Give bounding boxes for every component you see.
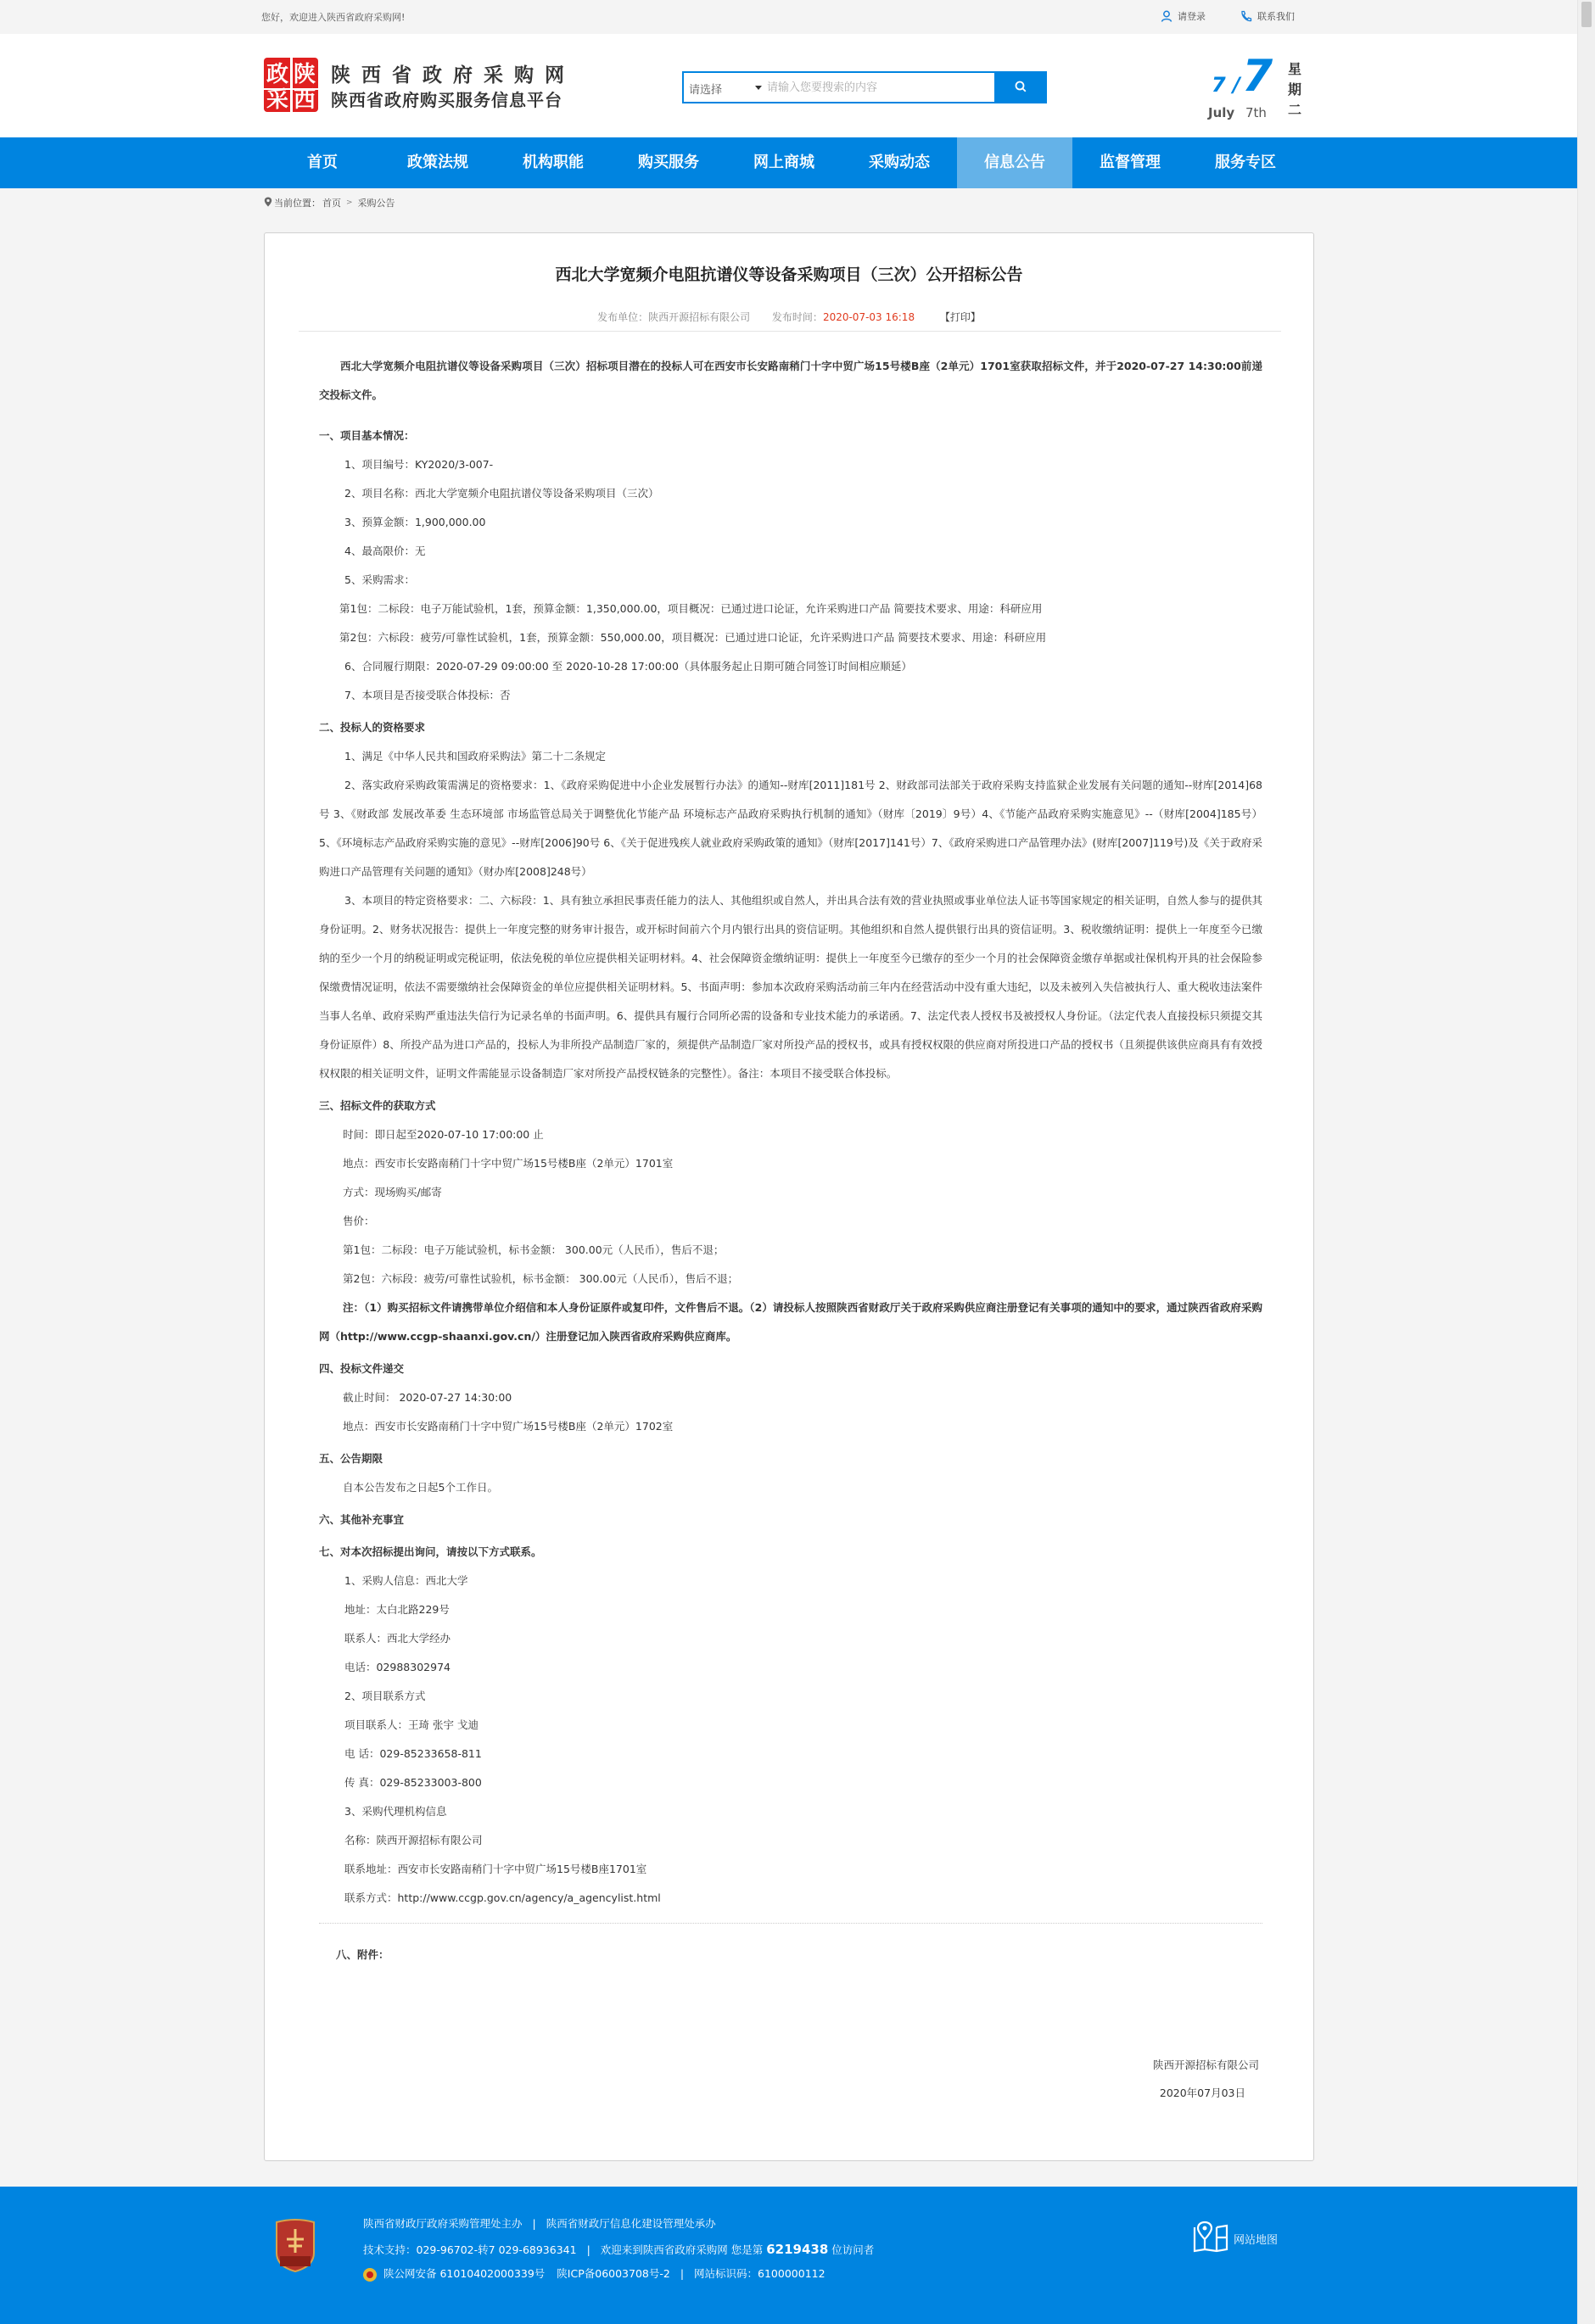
breadcrumb: 当前位置： 首页 > 采购公告 [264,196,395,209]
icp-record[interactable]: 陕ICP备06003708号-2 [557,2267,670,2280]
map-icon [1193,2221,1228,2256]
footer-tech-support: 技术支持：029-96702-转7 029-68936341 [363,2243,577,2256]
vertical-scrollbar[interactable] [1577,0,1595,2324]
public-security-record[interactable]: 陕公网安备 61010402000339号 [383,2267,545,2280]
footer-separator: | [680,2267,684,2280]
package-item: 第2包：六标段：疲劳/可靠性试验机，1套，预算金额：550,000.00，项目概… [339,623,1262,652]
weekday: 星 期 二 [1286,59,1303,120]
print-button[interactable]: 【打印】 [940,311,981,323]
publisher-label: 发布单位： [597,311,648,323]
section-heading: 二、投标人的资格要求 [319,713,1262,742]
section-heading: 七、对本次招标提出询问，请按以下方式联系。 [319,1538,1262,1567]
contact-label: 联系我们 [1257,9,1295,23]
footer-separator: | [533,2217,536,2230]
list-item: 5、采购需求： [344,566,1262,595]
section-heading: 一、项目基本情况： [319,422,1262,450]
logo-char: 陕 [293,63,316,87]
nav-item[interactable]: 机构职能 [495,137,611,188]
contact-link[interactable]: 联系我们 [1240,9,1295,23]
search-box: 请选择 [682,71,1047,103]
footer-line-2: 技术支持：029-96702-转7 029-68936341 | 欢迎来到陕西省… [363,2242,874,2257]
qualification-1: 1、满足《中华人民共和国政府采购法》第二十二条规定 [319,742,1262,771]
list-item: 7、本项目是否接受联合体投标：否 [344,681,1262,710]
site-title: 陕西省政府采购网 [331,59,575,87]
location-pin-icon [264,197,272,209]
footer-operator: 陕西省财政厅信息化建设管理处承办 [546,2217,716,2230]
publisher: 陕西开源招标有限公司 [648,311,750,323]
list-item: 时间：即日起至2020-07-10 17:00:00 止 [343,1120,1262,1149]
nav-item[interactable]: 购买服务 [611,137,726,188]
nav-item[interactable]: 监督管理 [1072,137,1188,188]
attachments-heading: 八、附件： [319,1941,1262,1969]
login-label: 请登录 [1178,9,1206,23]
login-link[interactable]: 请登录 [1161,9,1206,23]
site-logo[interactable]: 政 陕 采 西 [264,58,318,112]
contact-line: 项目联系人：王琦 张宇 戈迪 [344,1711,1262,1740]
list-item: 售价： [343,1207,1262,1236]
logo-char: 西 [293,88,316,112]
contact-line: 联系方式：http://www.ccgp.gov.cn/agency/a_age… [344,1884,1262,1913]
list-item: 自本公告发布之日起5个工作日。 [343,1473,1262,1502]
search-input[interactable] [767,73,989,102]
sitemap-label: 网站地图 [1234,2231,1278,2247]
footer-separator: | [587,2243,590,2256]
main-nav: 首页政策法规机构职能购买服务网上商城采购动态信息公告监督管理服务专区 [0,137,1577,188]
contact-line: 3、采购代理机构信息 [344,1797,1262,1826]
date-display: 7 / 7 July 7th 星 期 二 [1205,56,1307,124]
site-id-code: 网站标识码：6100000112 [694,2267,825,2280]
logo-char: 政 [266,63,289,87]
party-government-badge[interactable] [273,2219,317,2273]
contact-line: 名称：陕西开源招标有限公司 [344,1826,1262,1855]
signature-company: 陕西开源招标有限公司 [1153,2057,1259,2072]
purchase-note: 注：（1）购买招标文件请携带单位介绍信和本人身份证原件或复印件，文件售后不退。（… [319,1293,1262,1351]
signature-date: 2020年07月03日 [1160,2085,1245,2100]
footer-line-3: 陕公网安备 61010402000339号 陕ICP备06003708号-2 |… [363,2265,825,2282]
publish-time: 2020-07-03 16:18 [823,311,915,323]
list-item: 4、最高限价：无 [344,537,1262,566]
date-day: 7 [1242,53,1273,100]
section-heading: 三、招标文件的获取方式 [319,1092,1262,1120]
search-icon [1015,80,1027,96]
weekday-char: 期 [1286,80,1303,100]
date-month-en: July [1208,105,1234,120]
section-4-list: 截止时间： 2020-07-27 14:30:00地点：西安市长安路南稍门十字中… [319,1383,1262,1441]
section-3-list: 时间：即日起至2020-07-10 17:00:00 止地点：西安市长安路南稍门… [319,1120,1262,1293]
footer: 陕西省财政厅政府采购管理处主办 | 陕西省财政厅信息化建设管理处承办 技术支持：… [0,2187,1577,2324]
nav-item[interactable]: 信息公告 [957,137,1072,188]
nav-item[interactable]: 首页 [265,137,380,188]
logo-char: 采 [266,88,289,112]
caret-down-icon[interactable] [755,86,762,90]
section-7-list: 1、采购人信息：西北大学地址：太白北路229号联系人：西北大学经办电话：0298… [319,1567,1262,1913]
attachment-divider [319,1923,1262,1924]
title-divider [299,331,1281,332]
top-bar: 您好，欢迎进入陕西省政府采购网! 请登录 联系我们 [0,0,1577,34]
nav-item[interactable]: 服务专区 [1188,137,1303,188]
date-month: 7 / [1212,73,1240,97]
search-category-select[interactable]: 请选择 [689,81,765,97]
qualification-2: 2、落实政府采购政策需满足的资格要求：1、《政府采购促进中小企业发展暂行办法》的… [319,771,1262,886]
contact-line: 2、项目联系方式 [344,1682,1262,1711]
welcome-text: 您好，欢迎进入陕西省政府采购网! [261,10,405,24]
qualification-3: 3、本项目的特定资格要求：二、六标段：1、具有独立承担民事责任能力的法人、其他组… [319,886,1262,1088]
police-emblem-icon [363,2268,377,2282]
package-item: 第1包：二标段：电子万能试验机，1套，预算金额：1,350,000.00，项目概… [339,595,1262,623]
footer-visitor-suffix: 位访问者 [831,2243,874,2256]
list-item: 地点：西安市长安路南稍门十字中贸广场15号楼B座（2单元）1702室 [343,1412,1262,1441]
page: 您好，欢迎进入陕西省政府采购网! 请登录 联系我们 政 陕 采 西 陕西省政府采… [0,0,1577,2324]
list-item: 截止时间： 2020-07-27 14:30:00 [343,1383,1262,1412]
list-item: 地点：西安市长安路南稍门十字中贸广场15号楼B座（2单元）1701室 [343,1149,1262,1178]
site-subtitle: 陕西省政府购买服务信息平台 [331,87,562,111]
list-item: 6、合同履行期限：2020-07-29 09:00:00 至 2020-10-2… [344,652,1262,681]
breadcrumb-home[interactable]: 首页 [322,196,341,209]
list-item: 1、项目编号：KY2020/3-007- [344,450,1262,479]
date-day-en: 7th [1245,105,1267,120]
breadcrumb-current[interactable]: 采购公告 [358,196,395,209]
contact-line: 联系人：西北大学经办 [344,1624,1262,1653]
visitor-count: 6219438 [766,2242,828,2257]
sitemap-link[interactable]: 网站地图 [1193,2221,1278,2256]
weekday-char: 二 [1286,100,1303,120]
article-body: 西北大学宽频介电阻抗谱仪等设备采购项目（三次）招标项目潜在的投标人可在西安市长安… [319,352,1262,1969]
publish-time-label: 发布时间： [772,311,823,323]
article-meta: 发布单位：陕西开源招标有限公司 发布时间：2020-07-03 16:18 【打… [265,310,1313,324]
contact-line: 电 话：029-85233658-811 [344,1740,1262,1768]
section-5-list: 自本公告发布之日起5个工作日。 [319,1473,1262,1502]
contact-line: 地址：太白北路229号 [344,1595,1262,1624]
header: 政 陕 采 西 陕西省政府采购网 陕西省政府购买服务信息平台 请选择 7 / 7… [0,34,1577,137]
section-heading: 五、公告期限 [319,1444,1262,1473]
weekday-char: 星 [1286,59,1303,80]
search-button[interactable] [994,71,1047,103]
article-card: 西北大学宽频介电阻抗谱仪等设备采购项目（三次）公开招标公告 发布单位：陕西开源招… [264,232,1314,2161]
breadcrumb-prefix: 当前位置： [274,196,321,209]
scrollbar-thumb[interactable] [1581,2,1592,27]
logo-divider [290,58,293,112]
section-heading: 六、其他补充事宜 [319,1506,1262,1534]
nav-item[interactable]: 政策法规 [380,137,495,188]
article-title: 西北大学宽频介电阻抗谱仪等设备采购项目（三次）公开招标公告 [265,262,1313,285]
contact-line: 1、采购人信息：西北大学 [344,1567,1262,1595]
list-item: 第1包：二标段：电子万能试验机，标书金额： 300.00元（人民币），售后不退； [343,1236,1262,1265]
section-heading: 四、投标文件递交 [319,1355,1262,1383]
nav-item[interactable]: 网上商城 [726,137,842,188]
contact-line: 电话：02988302974 [344,1653,1262,1682]
footer-sponsor: 陕西省财政厅政府采购管理处主办 [363,2217,523,2230]
contact-line: 联系地址：西安市长安路南稍门十字中贸广场15号楼B座1701室 [344,1855,1262,1884]
list-item: 2、项目名称：西北大学宽频介电阻抗谱仪等设备采购项目（三次） [344,479,1262,508]
list-item: 第2包：六标段：疲劳/可靠性试验机，标书金额： 300.00元（人民币），售后不… [343,1265,1262,1293]
footer-line-1: 陕西省财政厅政府采购管理处主办 | 陕西省财政厅信息化建设管理处承办 [363,2215,716,2231]
intro-paragraph: 西北大学宽频介电阻抗谱仪等设备采购项目（三次）招标项目潜在的投标人可在西安市长安… [319,352,1262,410]
nav-item[interactable]: 采购动态 [842,137,957,188]
list-item: 方式：现场购买/邮寄 [343,1178,1262,1207]
footer-welcome: 欢迎来到陕西省政府采购网 您是第 [601,2243,763,2256]
breadcrumb-separator: > [346,198,353,207]
section-1-list: 1、项目编号：KY2020/3-007-2、项目名称：西北大学宽频介电阻抗谱仪等… [319,450,1262,710]
logo-divider [264,88,318,90]
phone-icon [1240,10,1252,22]
list-item: 3、预算金额：1,900,000.00 [344,508,1262,537]
user-icon [1161,10,1172,22]
contact-line: 传 真：029-85233003-800 [344,1768,1262,1797]
